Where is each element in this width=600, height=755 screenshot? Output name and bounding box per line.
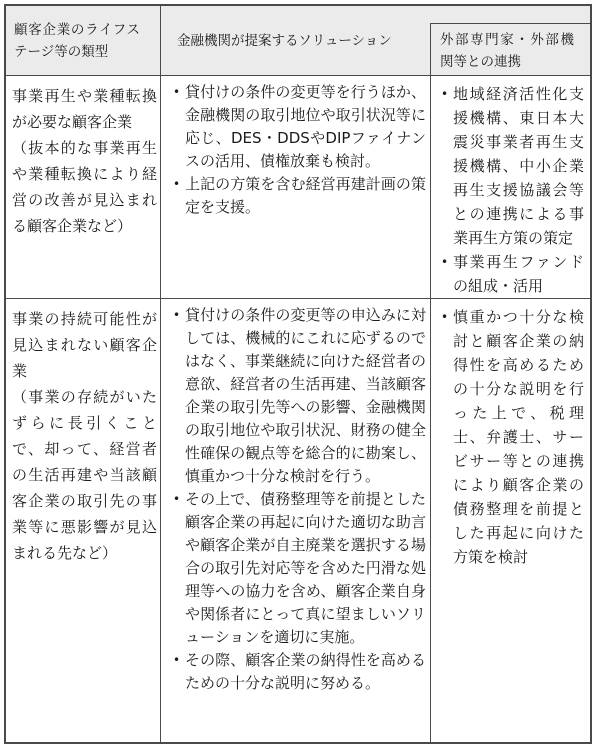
external-item: 慎重かつ十分な検討と顧客企業の納得性を高めるための十分な説明を行った上で、税理士…: [453, 305, 584, 569]
list-item: • その上で、債務整理等を前提とした顧客企業の再起に向けた適切な助言や顧客企業が…: [173, 488, 426, 649]
cell-external-no-continuity: • 慎重かつ十分な検討と顧客企業の納得性を高めるための十分な説明を行った上で、税…: [431, 299, 590, 742]
stage-title: 事業再生や業種転換が必要な顧客企業: [12, 83, 157, 135]
solution-item: その際、顧客企業の納得性を高めるための十分な説明に努める。: [185, 649, 426, 695]
bullet-icon: •: [173, 649, 185, 695]
solution-item: その上で、債務整理等を前提とした顧客企業の再起に向けた適切な助言や顧客企業が自主…: [185, 488, 426, 649]
header-label-external-cooperation: 外部専門家・外部機関等との連携: [440, 29, 574, 73]
cell-solutions-revitalization: • 貸付けの条件の変更等を行うほか、金融機関の取引地位や取引状況等に応じ、DES…: [161, 76, 431, 298]
cell-external-revitalization: • 地域経済活性化支援機構、東日本大震災事業者再生支援機構、中小企業再生支援協議…: [431, 76, 590, 298]
list-item: • 地域経済活性化支援機構、東日本大震災事業者再生支援機構、中小企業再生支援協議…: [441, 82, 584, 250]
external-item: 事業再生ファンドの組成・活用: [453, 250, 584, 298]
stage-note: （抜本的な事業再生や業種転換により経営の改善が見込まれる顧客企業など）: [12, 135, 157, 239]
cell-stage-no-continuity: 事業の持続可能性が見込まれない顧客企業 （事業の存続がいたずらに長引くことで、却…: [6, 299, 161, 742]
list-item: • その際、顧客企業の納得性を高めるための十分な説明に努める。: [173, 649, 426, 695]
table-row-continuity-not-expected: 事業の持続可能性が見込まれない顧客企業 （事業の存続がいたずらに長引くことで、却…: [6, 299, 590, 742]
bullet-icon: •: [173, 304, 185, 488]
stage-note: （事業の存続がいたずらに長引くことで、却って、経営者の生活再建や当該顧客企業の取…: [12, 384, 157, 566]
solution-item: 上記の方策を含む経営再建計画の策定を支援。: [185, 173, 426, 219]
bullet-icon: •: [173, 173, 185, 219]
header-label-solutions: 金融機関が提案するソリューション: [161, 31, 396, 51]
cell-stage-revitalization: 事業再生や業種転換が必要な顧客企業 （抜本的な事業再生や業種転換により経営の改善…: [6, 76, 161, 298]
bullet-icon: •: [441, 250, 453, 298]
header-cell-customer-lifecycle: 顧客企業のライフステージ等の類型: [6, 6, 161, 75]
bullet-icon: •: [173, 81, 185, 173]
bullet-icon: •: [173, 488, 185, 649]
list-item: • 貸付けの条件の変更等を行うほか、金融機関の取引地位や取引状況等に応じ、DES…: [173, 81, 426, 173]
solution-item: 貸付けの条件の変更等の申込みに対しては、機械的にこれに応ずるのではなく、事業継続…: [185, 304, 426, 488]
header-cell-solutions: 金融機関が提案するソリューション 外部専門家・外部機関等との連携: [161, 6, 590, 75]
external-item: 地域経済活性化支援機構、東日本大震災事業者再生支援機構、中小企業再生支援協議会等…: [453, 82, 584, 250]
bullet-icon: •: [441, 82, 453, 250]
list-item: • 事業再生ファンドの組成・活用: [441, 250, 584, 298]
list-item: • 慎重かつ十分な検討と顧客企業の納得性を高めるための十分な説明を行った上で、税…: [441, 305, 584, 569]
list-item: • 上記の方策を含む経営再建計画の策定を支援。: [173, 173, 426, 219]
lifecycle-solutions-table: 顧客企業のライフステージ等の類型 金融機関が提案するソリューション 外部専門家・…: [4, 4, 592, 744]
solution-item: 貸付けの条件の変更等を行うほか、金融機関の取引地位や取引状況等に応じ、DES・D…: [185, 81, 426, 173]
table-row-revitalization-needed: 事業再生や業種転換が必要な顧客企業 （抜本的な事業再生や業種転換により経営の改善…: [6, 76, 590, 299]
header-label-customer-lifecycle: 顧客企業のライフステージ等の類型: [14, 19, 140, 63]
list-item: • 貸付けの条件の変更等の申込みに対しては、機械的にこれに応ずるのではなく、事業…: [173, 304, 426, 488]
bullet-icon: •: [441, 305, 453, 569]
header-cell-external-cooperation: 外部専門家・外部機関等との連携: [430, 23, 590, 75]
table-header-row: 顧客企業のライフステージ等の類型 金融機関が提案するソリューション 外部専門家・…: [6, 6, 590, 76]
stage-title: 事業の持続可能性が見込まれない顧客企業: [12, 306, 157, 384]
cell-solutions-no-continuity: • 貸付けの条件の変更等の申込みに対しては、機械的にこれに応ずるのではなく、事業…: [161, 299, 431, 742]
